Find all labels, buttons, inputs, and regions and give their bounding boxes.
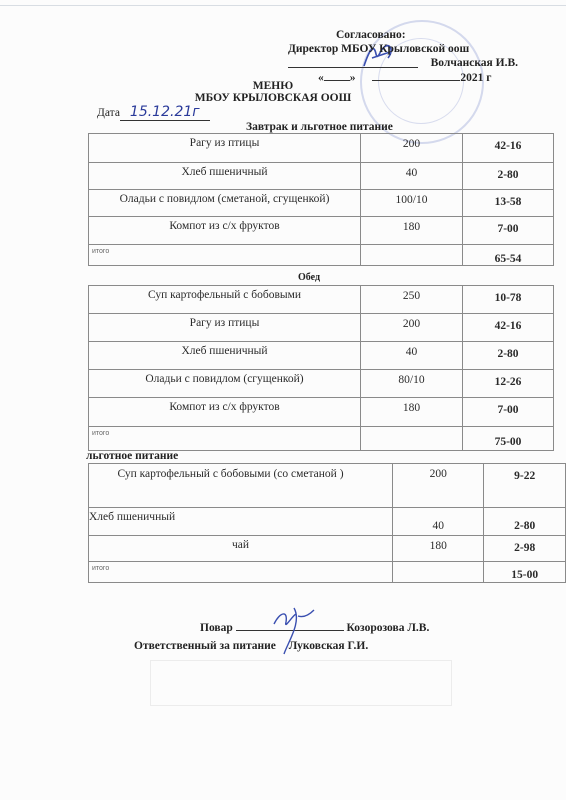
total-label: итого [89,245,361,266]
lunch-table: Суп картофельный с бобовыми 250 10-78 Ра… [88,285,554,451]
cook-name: Козорозова Л.В. [347,622,430,634]
dish-name: Хлеб пшеничный [89,342,361,370]
dish-name: Рагу из птицы [89,134,361,163]
dish-qty: 200 [361,314,463,342]
table-row: Оладьи с повидлом (сметаной, сгущенкой) … [89,190,554,217]
dish-qty: 40 [361,163,463,190]
breakfast-table: Рагу из птицы 200 42-16 Хлеб пшеничный 4… [88,133,554,266]
table-row: Суп картофельный с бобовыми 250 10-78 [89,286,554,314]
dish-name: Оладьи с повидлом (сгущенкой) [89,370,361,398]
dish-qty: 250 [361,286,463,314]
dish-name: Суп картофельный с бобовыми [89,286,361,314]
dish-price: 2-80 [463,342,554,370]
total-qty-empty [361,427,463,451]
dish-qty: 200 [393,464,484,508]
dish-price: 2-80 [463,163,554,190]
scan-edge-line [0,5,566,6]
dish-name: чай [89,536,393,562]
school-name: МБОУ КРЫЛОВСКАЯ ООШ [0,92,556,104]
approval-director: Директор МБОУ Крыловской оош [288,42,518,56]
approval-name-row: Волчанская И.В. [288,56,518,70]
table-row: Суп картофельный с бобовыми (со сметаной… [89,464,566,508]
dish-qty: 40 [393,508,484,536]
table-row: Хлеб пшеничный 40 2-80 [89,508,566,536]
dish-qty: 180 [361,398,463,427]
dish-qty: 180 [393,536,484,562]
total-qty-empty [361,245,463,266]
date-label: Дата [97,107,120,119]
page-title: МЕНЮ [0,80,556,92]
benefit-table: Суп картофельный с бобовыми (со сметаной… [88,463,566,583]
section-title-breakfast: Завтрак и льготное питание [246,121,393,133]
table-row: Хлеб пшеничный 40 2-80 [89,342,554,370]
section-title-benefit: льготное питание [86,450,178,462]
dish-price: 12-26 [463,370,554,398]
dish-name: Компот из с/х фруктов [89,398,361,427]
dish-name: Компот из с/х фруктов [89,217,361,245]
dish-price: 9-22 [484,464,566,508]
approval-signature-line [288,56,418,68]
dish-qty: 200 [361,134,463,163]
total-row: итого 15-00 [89,562,566,583]
total-price: 15-00 [484,562,566,583]
approval-block: Согласовано: Директор МБОУ Крыловской оо… [288,28,518,85]
dish-price: 2-98 [484,536,566,562]
total-row: итого 65-54 [89,245,554,266]
dish-price: 13-58 [463,190,554,217]
total-label: итого [89,562,393,583]
dish-price: 7-00 [463,217,554,245]
section-title-lunch: Обед [298,272,320,283]
dish-name: Хлеб пшеничный [89,508,393,536]
dish-qty: 180 [361,217,463,245]
total-price: 75-00 [463,427,554,451]
dish-name: Суп картофельный с бобовыми (со сметаной… [89,464,393,508]
dish-price: 10-78 [463,286,554,314]
table-row: Компот из с/х фруктов 180 7-00 [89,217,554,245]
dish-qty: 100/10 [361,190,463,217]
date-row: Дата15.12.21г [97,104,210,121]
table-row: Компот из с/х фруктов 180 7-00 [89,398,554,427]
dish-name: Хлеб пшеничный [89,163,361,190]
total-row: итого 75-00 [89,427,554,451]
table-row: Оладьи с повидлом (сгущенкой) 80/10 12-2… [89,370,554,398]
dish-price: 2-80 [484,508,566,536]
dish-name: Оладьи с повидлом (сметаной, сгущенкой) [89,190,361,217]
total-price: 65-54 [463,245,554,266]
table-row: Хлеб пшеничный 40 2-80 [89,163,554,190]
date-value: 15.12.21г [120,104,210,121]
menu-document: Согласовано: Директор МБОУ Крыловской оо… [0,0,566,800]
table-row: Рагу из птицы 200 42-16 [89,314,554,342]
responsible-signature-row: Ответственный за питание Луковская Г.И. [134,640,368,652]
dish-qty: 40 [361,342,463,370]
cook-label: Повар [200,622,233,634]
total-qty-empty [393,562,484,583]
approval-director-name: Волчанская И.В. [431,56,518,70]
responsible-label: Ответственный за питание [134,640,276,652]
total-label: итого [89,427,361,451]
table-row: чай 180 2-98 [89,536,566,562]
dish-qty: 80/10 [361,370,463,398]
dish-price: 42-16 [463,314,554,342]
show-through-table [150,660,452,706]
dish-name: Рагу из птицы [89,314,361,342]
dish-price: 42-16 [463,134,554,163]
responsible-name: Луковская Г.И. [289,640,368,652]
dish-price: 7-00 [463,398,554,427]
approval-agreed: Согласовано: [288,28,518,42]
table-row: Рагу из птицы 200 42-16 [89,134,554,163]
